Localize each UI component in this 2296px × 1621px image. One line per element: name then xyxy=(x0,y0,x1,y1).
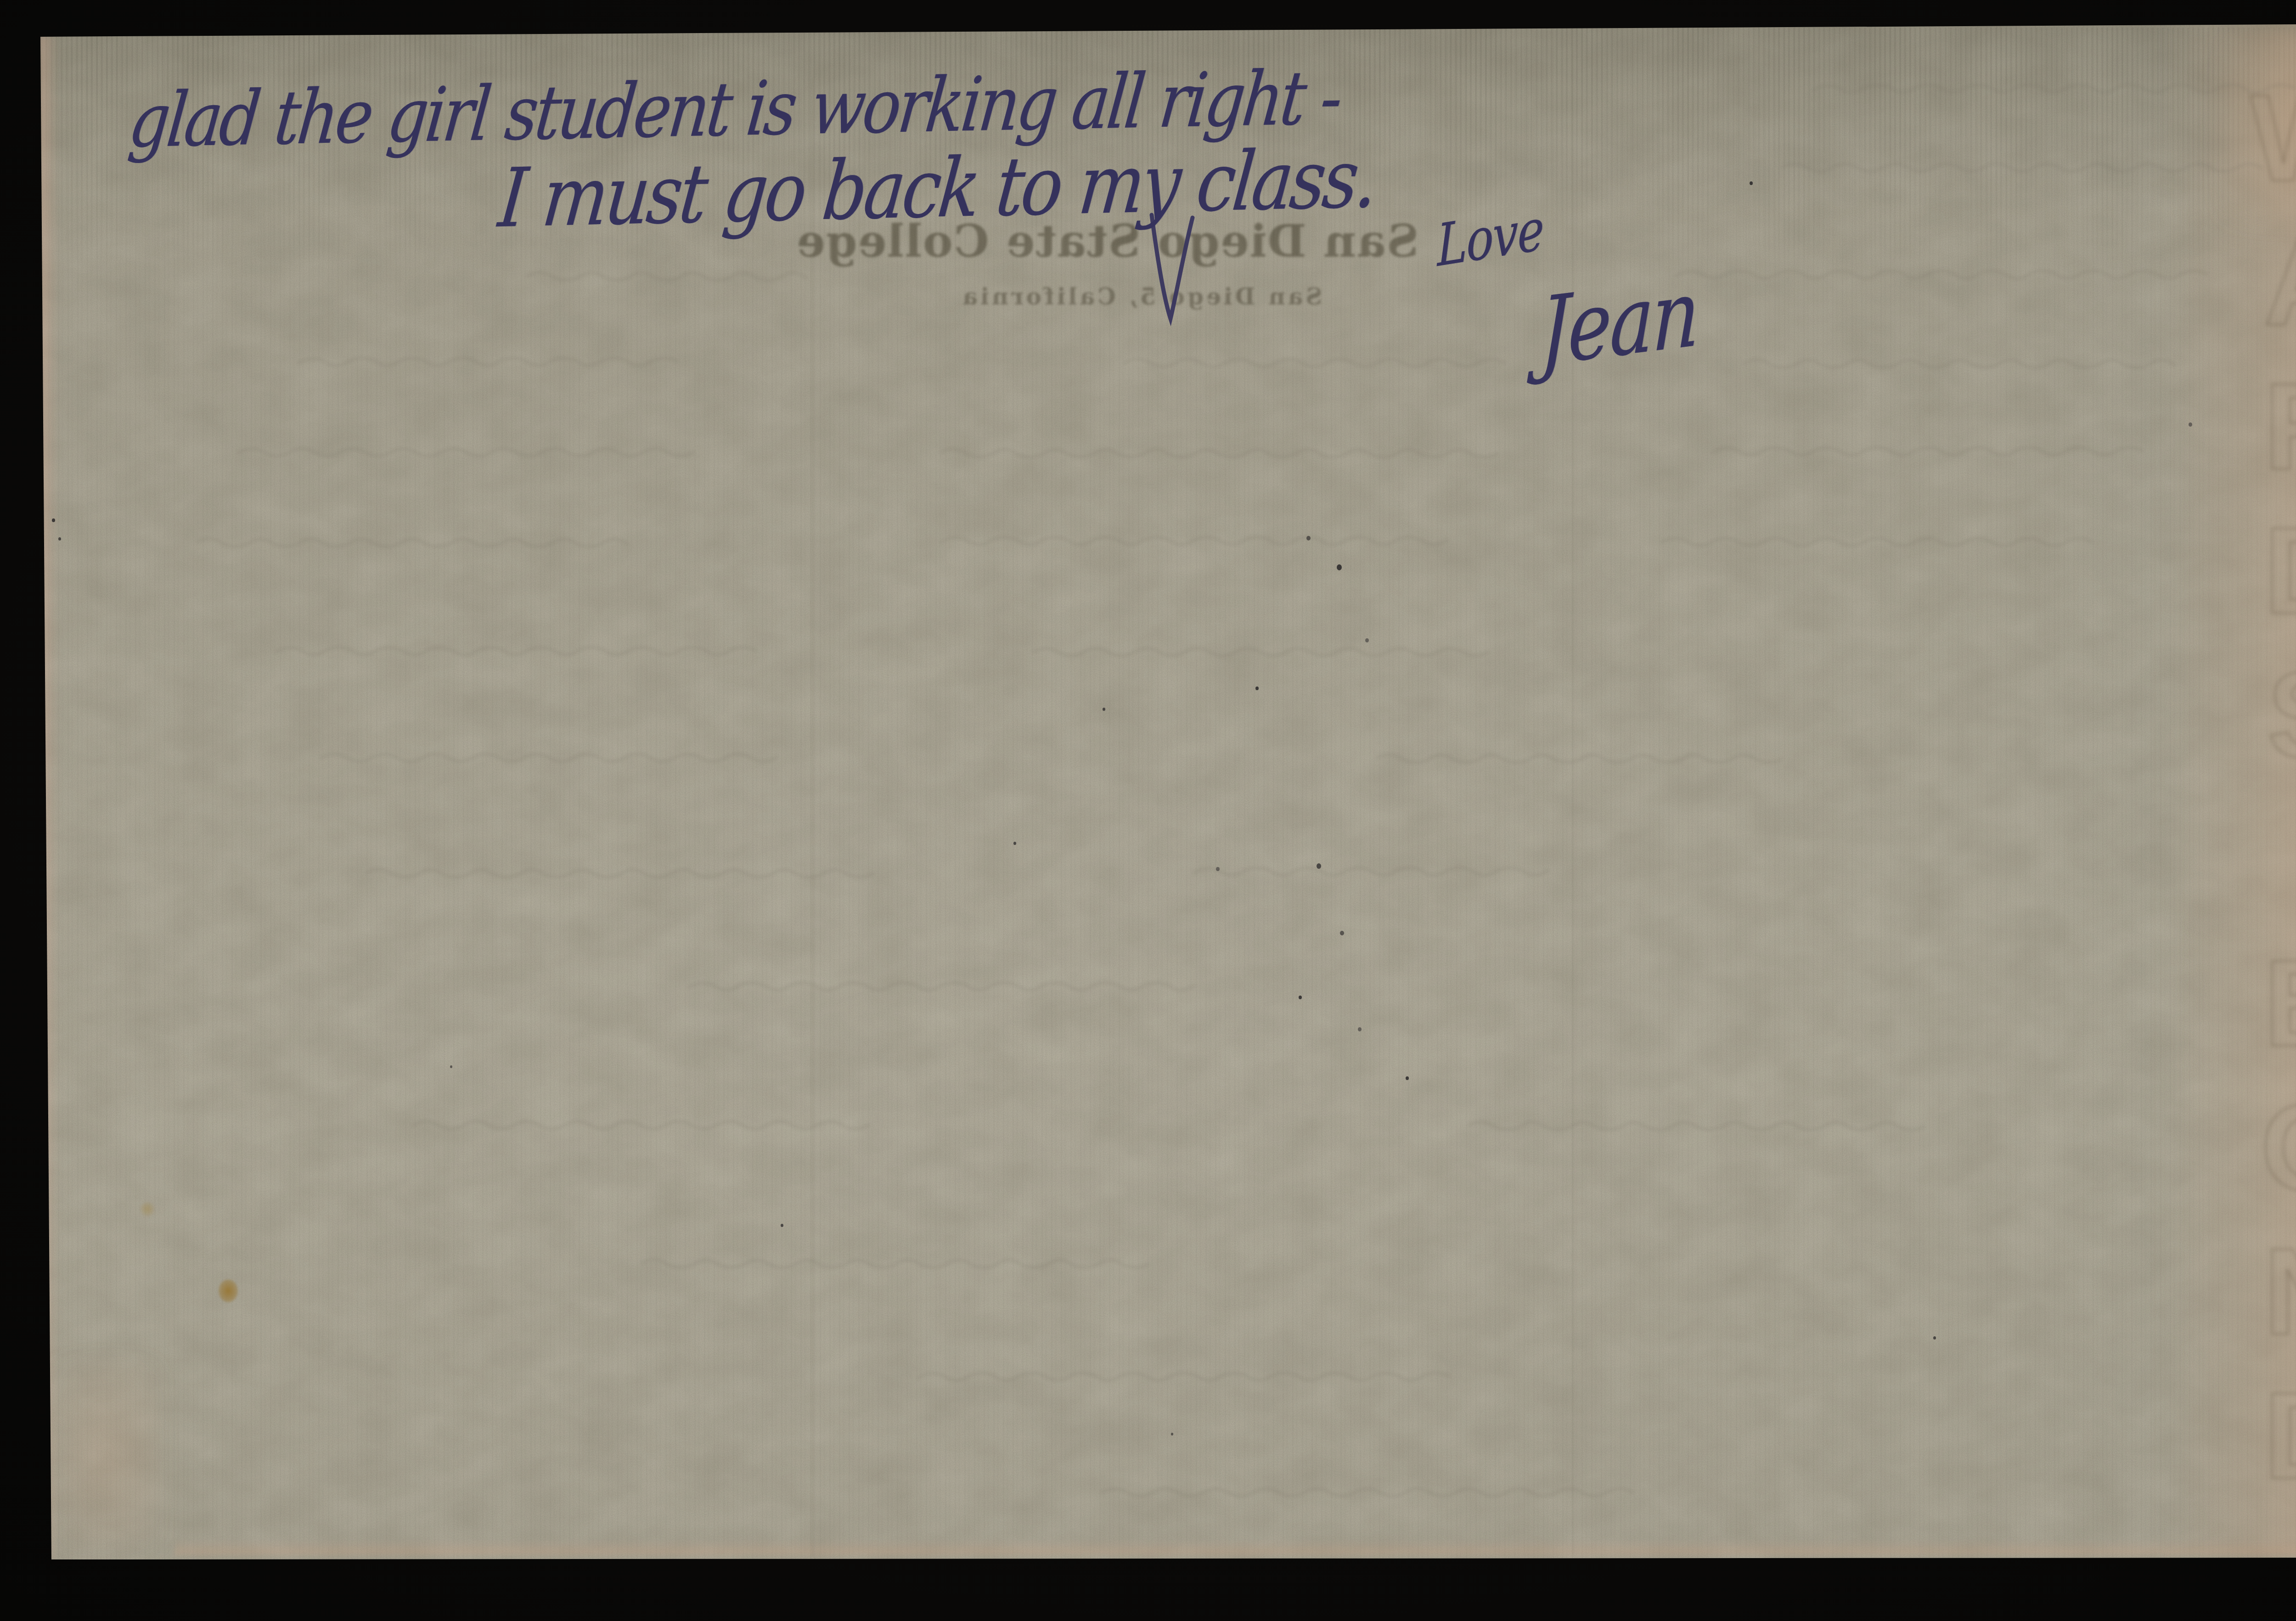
ink-speck xyxy=(1306,536,1311,540)
ink-speck xyxy=(1750,181,1753,185)
paper-sheet: San Diego State College San Diego 5, Cal… xyxy=(0,0,2296,1621)
ink-speck xyxy=(1933,1336,1936,1340)
ink-speck xyxy=(1013,842,1016,845)
scanner-background: San Diego State College San Diego 5, Cal… xyxy=(0,0,2296,1621)
ink-speck xyxy=(450,1065,452,1068)
ink-speck xyxy=(781,1224,783,1227)
ink-speck xyxy=(1337,564,1342,570)
ink-speck xyxy=(1255,687,1259,690)
ink-speck xyxy=(1358,1027,1362,1031)
ink-speck xyxy=(1103,708,1105,711)
ink-speck xyxy=(1365,638,1369,642)
ink-speck xyxy=(1299,996,1302,999)
ink-speck xyxy=(1171,1433,1173,1435)
ink-speck xyxy=(1216,867,1220,871)
ink-speck xyxy=(52,518,55,522)
ink-speck xyxy=(58,537,61,540)
ink-speck xyxy=(2189,422,2192,427)
ink-speck xyxy=(1317,863,1321,869)
ink-speck xyxy=(1340,931,1344,935)
ink-speck xyxy=(1406,1076,1409,1080)
pen-flourish-stroke xyxy=(0,0,2296,1621)
